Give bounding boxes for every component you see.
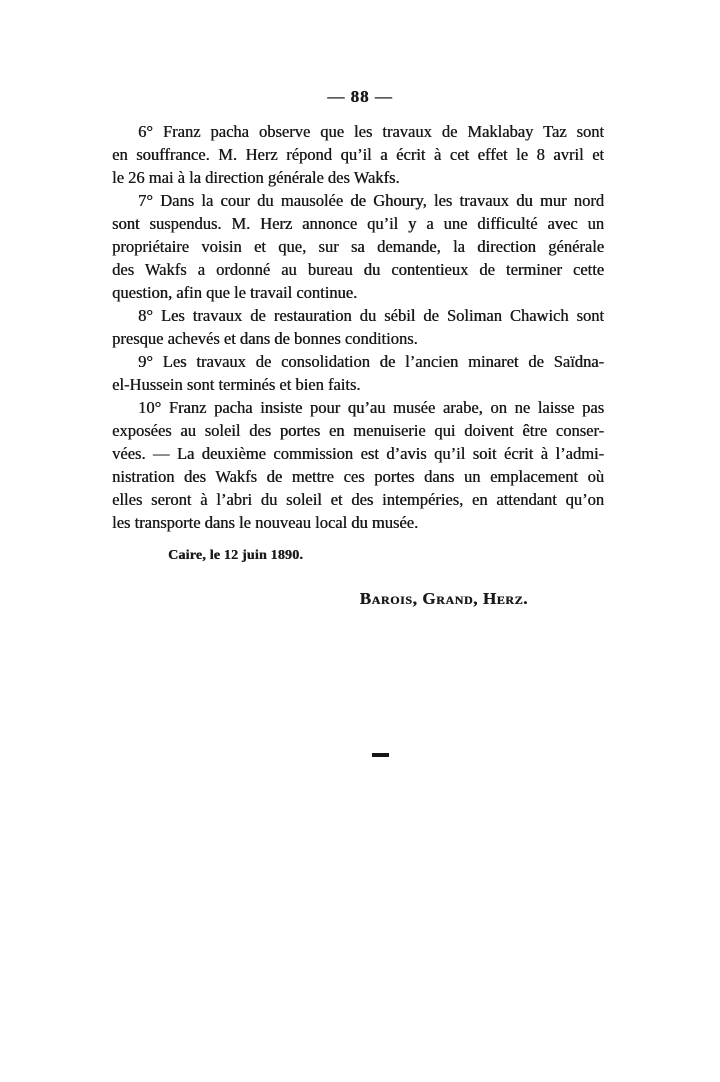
text-block: 6° Franz pacha observe que les travaux d… (112, 120, 604, 534)
paragraph-line: exposées au soleil des portes en menuise… (112, 419, 604, 442)
paragraph-line: 7° Dans la cour du mausolée de Ghoury, l… (112, 189, 604, 212)
paragraph-line: 8° Les travaux de restauration du sébil … (112, 304, 604, 327)
paragraph-line: 6° Franz pacha observe que les travaux d… (112, 120, 604, 143)
paragraph-line: 9° Les travaux de consolidation de l’anc… (112, 350, 604, 373)
document-page: — 88 — 6° Franz pacha observe que les tr… (0, 0, 720, 1082)
paragraph-line: presque achevés et dans de bonnes condit… (112, 327, 604, 350)
paragraph-line: question, afin que le travail continue. (112, 281, 604, 304)
paragraph-line: des Wakfs a ordonné au bureau du content… (112, 258, 604, 281)
dateline: Caire, le 12 juin 1890. (168, 548, 303, 564)
page-number: — 88 — (0, 87, 720, 107)
paragraph-line: en souffrance. M. Herz répond qu’il a éc… (112, 143, 604, 166)
paragraph-line: sont suspendus. M. Herz annonce qu’il y … (112, 212, 604, 235)
paragraph-line: el-Hussein sont terminés et bien faits. (112, 373, 604, 396)
paragraph-line: vées. — La deuxième commission est d’avi… (112, 442, 604, 465)
paragraph-line: propriétaire voisin et que, sur sa deman… (112, 235, 604, 258)
paragraph-line: nistration des Wakfs de mettre ces porte… (112, 465, 604, 488)
paragraph-line: 10° Franz pacha insiste pour qu’au musée… (112, 396, 604, 419)
paragraph-line: les transporte dans le nouveau local du … (112, 511, 604, 534)
paragraph-line: le 26 mai à la direction générale des Wa… (112, 166, 604, 189)
section-end-rule (372, 753, 389, 757)
signature-names: Barois, Grand, Herz. (112, 589, 528, 609)
paragraph-line: elles seront à l’abri du soleil et des i… (112, 488, 604, 511)
